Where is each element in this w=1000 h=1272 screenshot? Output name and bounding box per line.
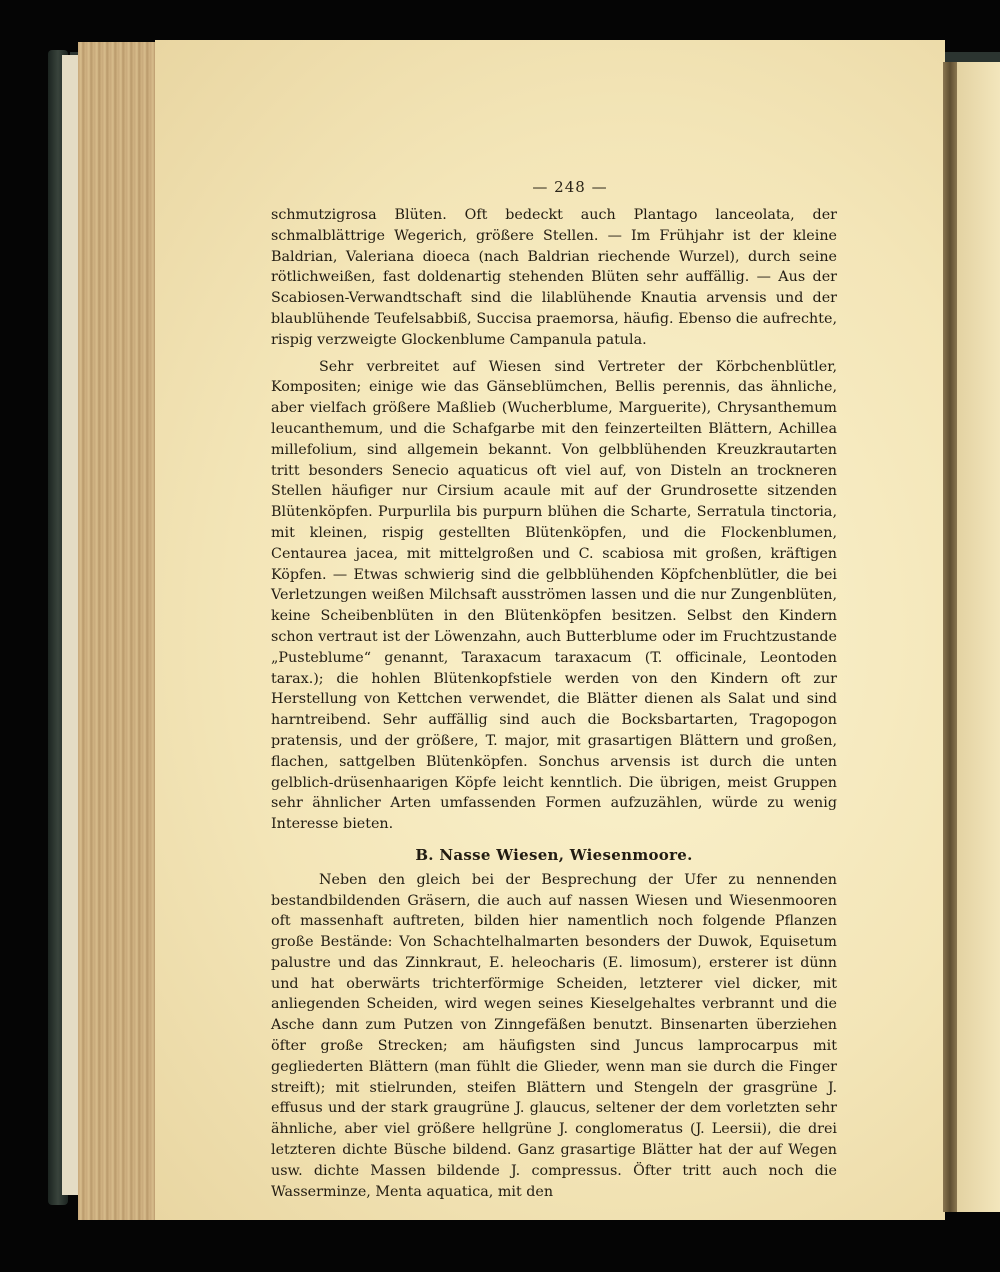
paragraph: Sehr verbreitet auf Wiesen sind Vertrete… [271, 357, 837, 835]
paragraph: schmutzigrosa Blüten. Oft bedeckt auch P… [271, 205, 837, 351]
paragraph: Neben den gleich bei der Besprechung der… [271, 870, 837, 1203]
page-body: schmutzigrosa Blüten. Oft bedeckt auch P… [271, 205, 837, 1202]
page-number: — 248 — [520, 178, 620, 196]
page-stack-edge [78, 42, 160, 1220]
section-heading: B. Nasse Wiesen, Wiesenmoore. [271, 845, 837, 866]
facing-page [957, 62, 1000, 1212]
book-gutter [943, 62, 957, 1212]
